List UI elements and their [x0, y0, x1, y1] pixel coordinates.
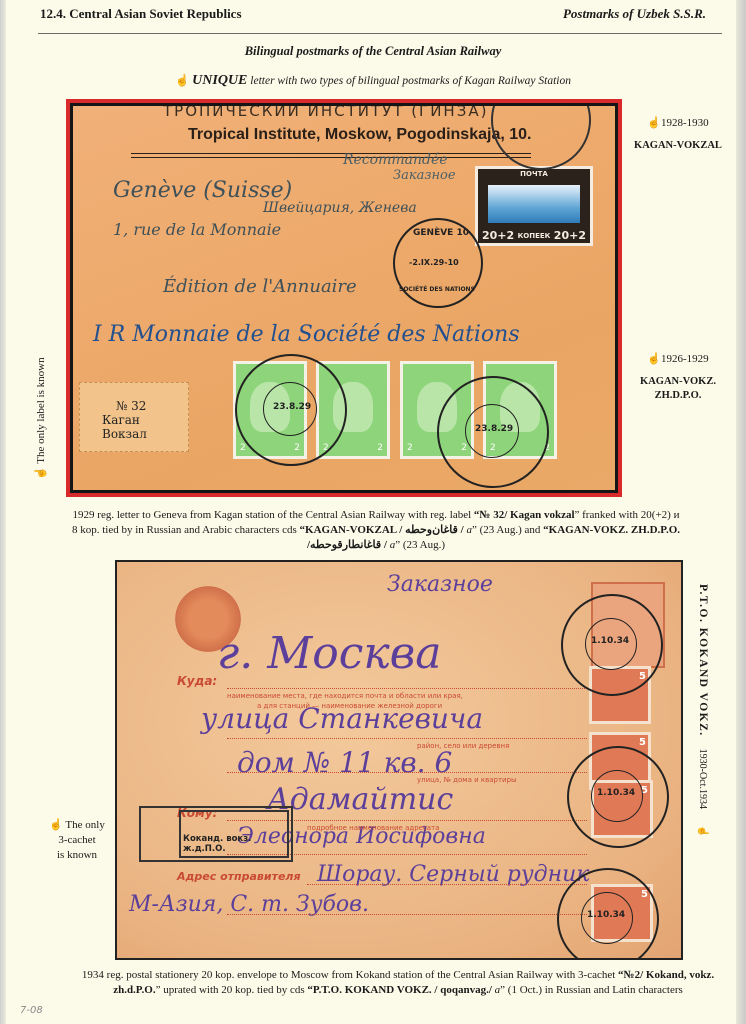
unique-line: ☝ UNIQUE letter with two types of biling… [0, 73, 746, 89]
address-line [307, 884, 587, 885]
note-name-line2: ZH.D.P.O. [655, 390, 702, 401]
geneva-postmark-bottom: SOCIÉTÉ DES NATIONS [399, 286, 475, 293]
stamp-value-right: 20+2 [554, 229, 586, 242]
handwriting-line1: Édition de l'Annuaire [163, 276, 357, 297]
kokand-postmark-3: 1.10.34 [557, 868, 659, 958]
handwriting-zakaznoe: Заказное [387, 572, 493, 597]
page-heading: Postmarks of Uzbek S.S.R. [563, 6, 706, 22]
hint-kuda-2: а для станций — наименование железной до… [257, 702, 442, 710]
unique-emphasis: UNIQUE [192, 73, 247, 88]
address-line [227, 914, 587, 915]
page-subtitle: Bilingual postmarks of the Central Asian… [0, 44, 746, 59]
stamp-currency: КОПЕЕК [518, 232, 551, 240]
address-line [227, 738, 587, 739]
handwriting-street: 1, rue de la Monnaie [113, 220, 281, 239]
note-name: KAGAN-VOKZAL [628, 139, 728, 153]
registration-number: № 32 [116, 399, 146, 413]
hint-komu: подробное наименование адресата [307, 824, 439, 832]
pointing-hand-icon: ☝ [647, 353, 661, 365]
note-years: 1926-1929 [661, 353, 709, 365]
note-kagan-vokzal: ☝1928-1930 KAGAN-VOKZAL [628, 116, 728, 153]
kokand-postmark-1: 1.10.34 [561, 594, 663, 696]
handwriting-swiss: Швейцария, Женева [263, 200, 417, 216]
cover-2-kokand-envelope: Заказное г. Москва улица Станкевича дом … [115, 560, 683, 960]
note-pto-kokand-vokz: P.T.O. KOKAND VOKZ.1930-Oct.1934 ☝ [695, 584, 713, 837]
handwriting-zakaznoe: Заказное [393, 168, 456, 183]
note-kagan-zhdpo: ☝1926-1929 KAGAN-VOKZ.ZH.D.P.O. [628, 352, 728, 403]
caption-cover-1: 1929 reg. letter to Geneva from Kagan st… [70, 508, 682, 553]
header-rule [38, 33, 722, 34]
hint-street: улица, № дома и квартиры [417, 776, 517, 784]
handwriting-recommandee: Recommandée [343, 152, 448, 168]
cover-2-envelope: Заказное г. Москва улица Станкевича дом … [117, 562, 681, 958]
caption-cover-2: 1934 reg. postal stationery 20 kop. enve… [60, 968, 736, 998]
hint-kuda-1: наименование места, где находится почта … [227, 692, 463, 700]
geneva-postmark-city: GENÈVE 10 [413, 228, 469, 238]
kagan-zhdpo-postmark-1: 23.8.29 [235, 354, 347, 466]
pointing-hand-icon: ☝ [175, 75, 189, 87]
registration-3-cachet: Коканд. вокз. ж.д.П.О. [139, 806, 293, 862]
page-edge-right [736, 0, 746, 1024]
section-heading: 12.4. Central Asian Soviet Republics [40, 6, 242, 22]
cover-1-kagan-letter: ТРОПИЧЕСКИЙ ИНСТИТУТ (ГИНЗА) Tropical In… [66, 99, 622, 497]
cachet-text: Коканд. вокз. ж.д.П.О. [183, 834, 291, 854]
label-sender: Адрес отправителя [177, 870, 301, 883]
cover-1-mount: ТРОПИЧЕСКИЙ ИНСТИТУТ (ГИНЗА) Tropical In… [70, 103, 618, 493]
registration-label: № 32 Каган Вокзал [79, 382, 189, 452]
handwriting-line2: I R Monnaie de la Société des Nations [93, 322, 520, 347]
note-only-label: ☝ The only label is known [34, 357, 47, 480]
hint-rayon: район, село или деревня [417, 742, 509, 750]
note-years: 1928-1930 [661, 117, 709, 129]
letterhead-english: Tropical Institute, Moskow, Pogodinskaja… [188, 126, 531, 144]
handwriting-house: дом № 11 кв. 6 [237, 746, 452, 779]
kagan-zhdpo-postmark-2: 23.8.29 [437, 376, 549, 488]
address-line [227, 688, 587, 689]
stamp-vignette [488, 185, 580, 223]
handwriting-name: Адамайтис [267, 782, 453, 817]
note-name-line1: KAGAN-VOKZ. [640, 376, 716, 387]
pointing-hand-icon: ☝ [647, 117, 661, 129]
unique-text: letter with two types of bilingual postm… [247, 75, 571, 87]
geneva-postmark: GENÈVE 10 -2.IX.29-10 SOCIÉTÉ DES NATION… [393, 218, 483, 308]
handwriting-city: г. Москва [217, 628, 442, 679]
note-years: 1930-Oct.1934 [697, 749, 708, 809]
stamp-top-text: ПОЧТА [478, 170, 590, 178]
note-only-3-cachet: ☝ The only 3-cachet is known [42, 818, 112, 863]
geneva-postmark-date: -2.IX.29-10 [409, 258, 459, 267]
note-name: P.T.O. KOKAND VOKZ. [697, 584, 709, 737]
registration-station: Каган Вокзал [102, 413, 188, 441]
letterhead-rule [131, 153, 531, 158]
pointing-hand-icon: ☝ [697, 825, 708, 837]
cover-1-envelope: ТРОПИЧЕСКИЙ ИНСТИТУТ (ГИНЗА) Tropical In… [73, 106, 615, 490]
letterhead-russian: ТРОПИЧЕСКИЙ ИНСТИТУТ (ГИНЗА) [163, 106, 488, 120]
label-kuda: Куда: [177, 674, 217, 688]
stamp-value-left: 20+2 [482, 229, 514, 242]
page-number: 7-08 [20, 1005, 43, 1016]
stamp-20-kopek-child-welfare: ПОЧТА 20+2 КОПЕЕК 20+2 [475, 166, 593, 246]
kokand-postmark-2: 1.10.34 [567, 746, 669, 848]
address-line [227, 772, 587, 773]
kagan-vokzal-postmark-top [491, 106, 591, 170]
